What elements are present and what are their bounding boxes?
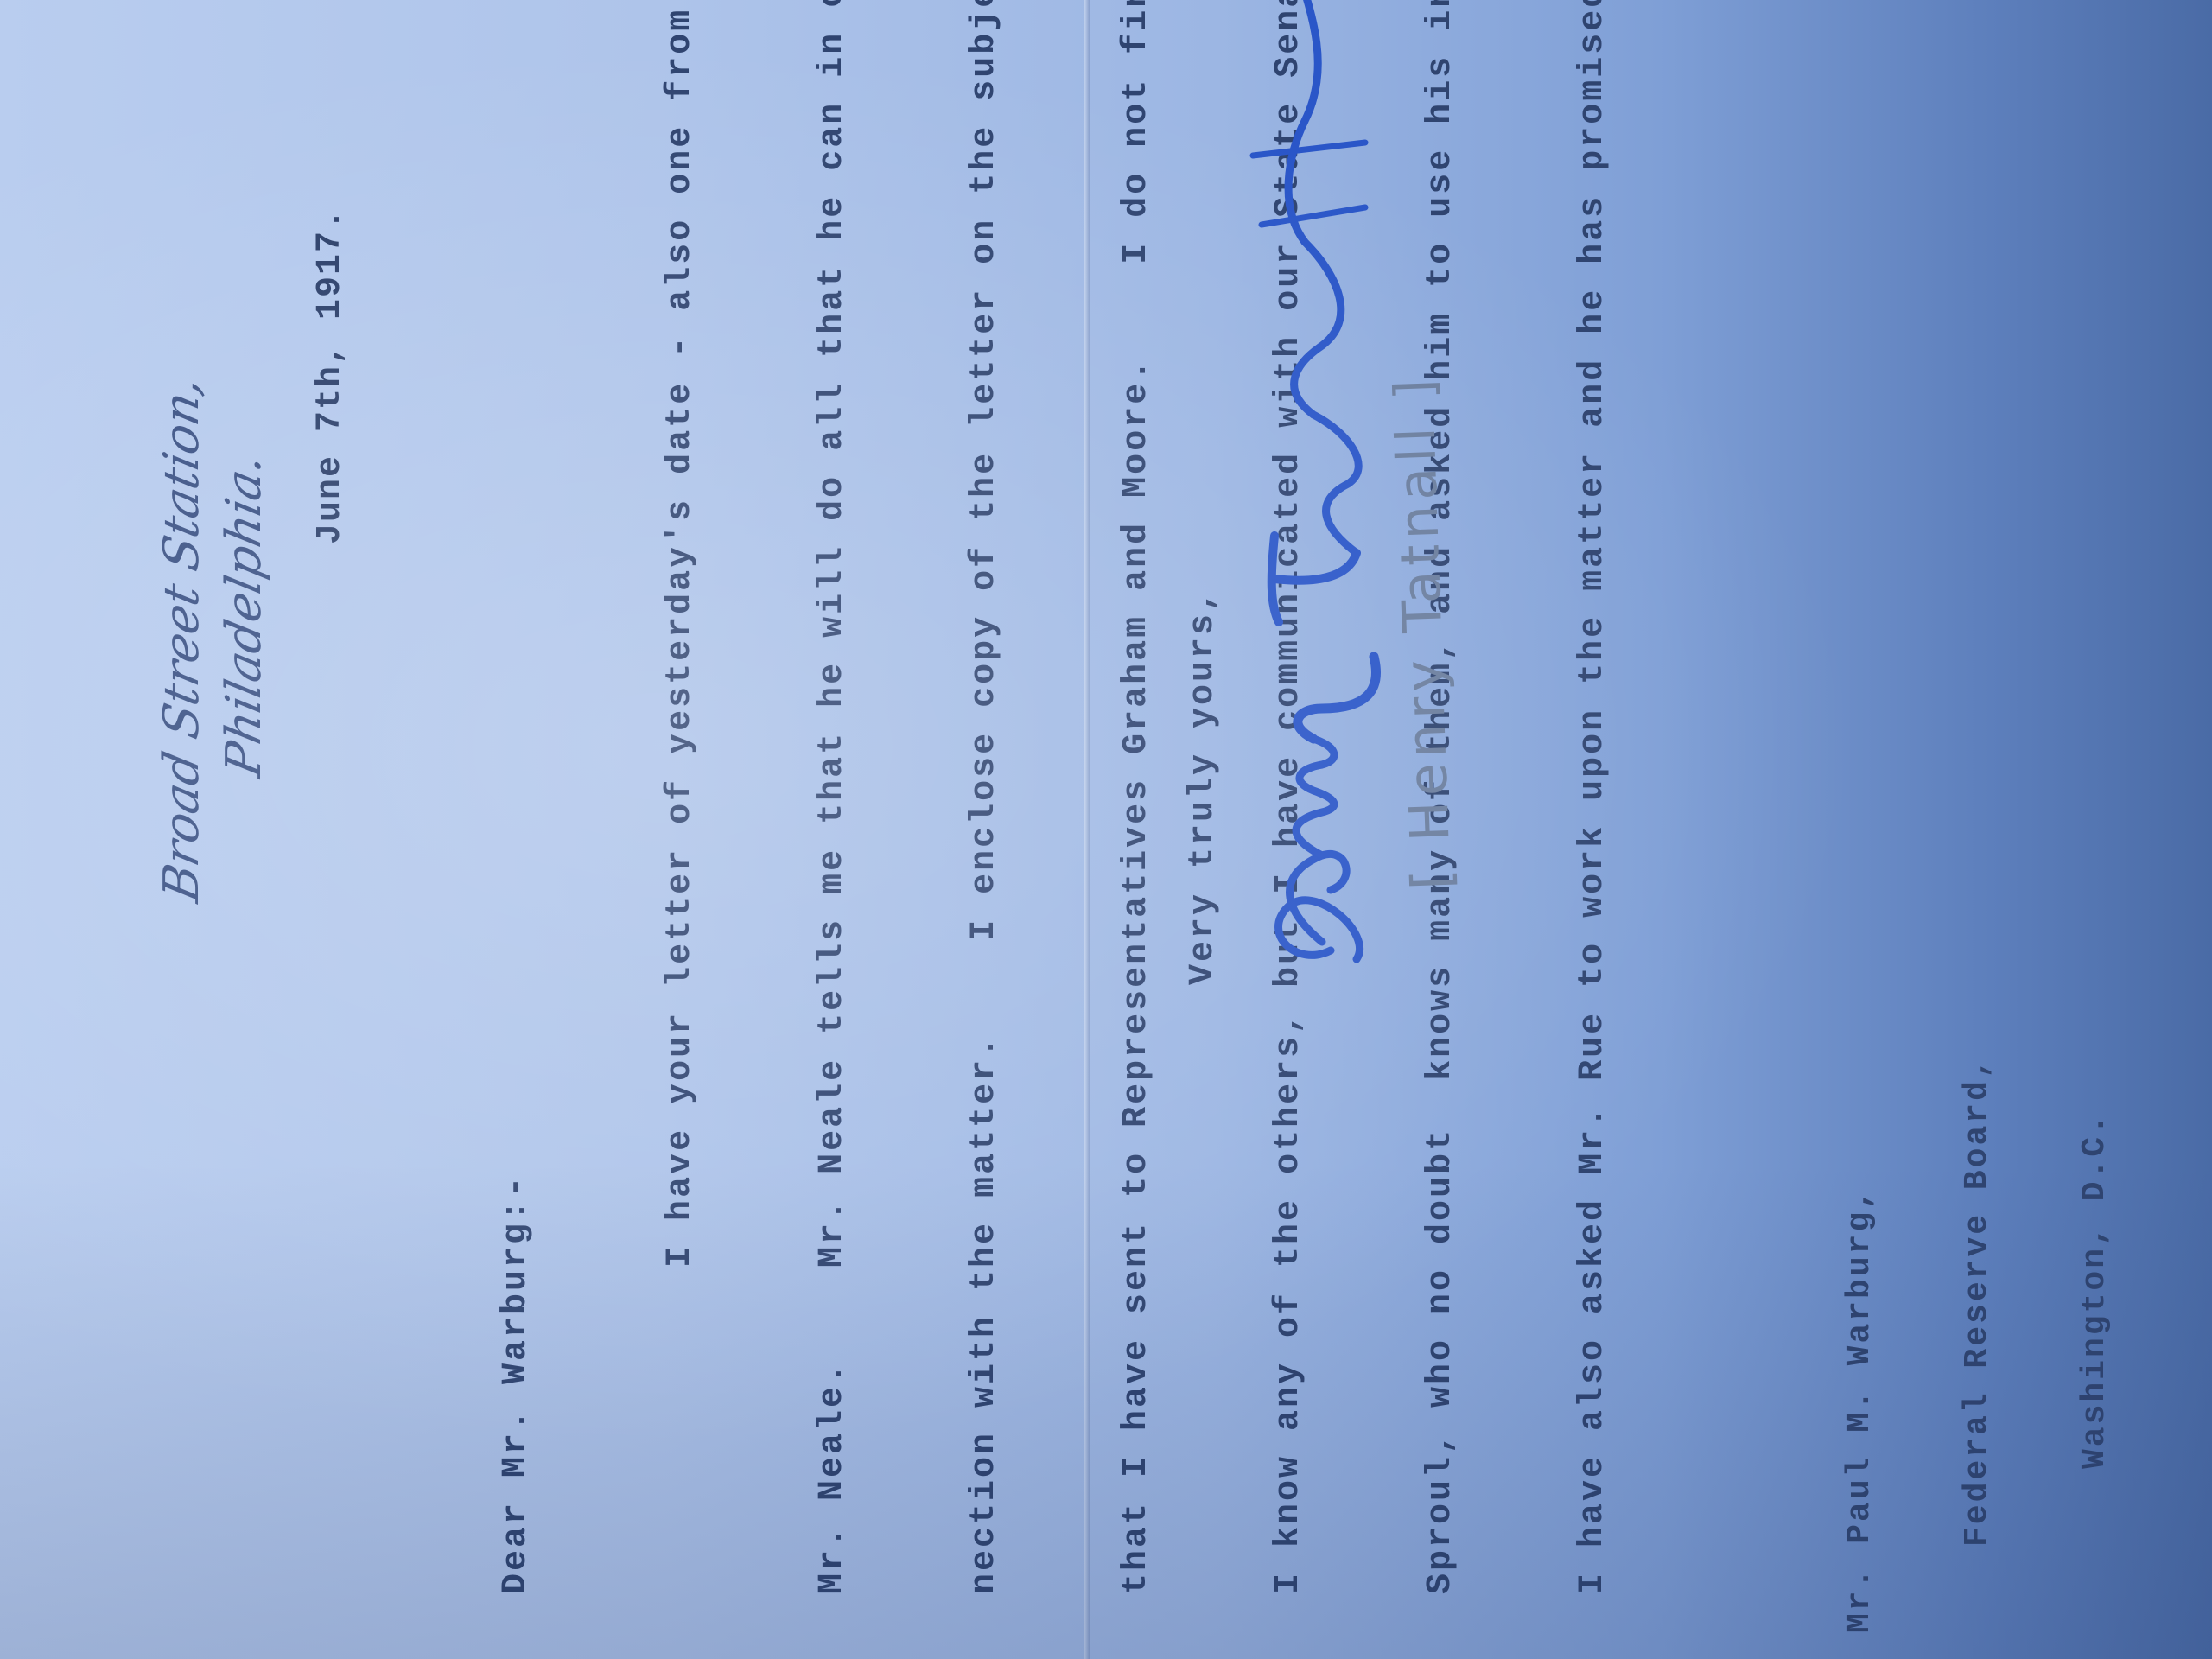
letterhead-line-1: Broad Street Station, xyxy=(151,372,213,907)
body-line: I have your letter of yesterday's date -… xyxy=(644,0,718,1594)
recipient-address: Mr. Paul M. Warburg, Federal Reserve Boa… xyxy=(1763,1056,2193,1633)
letterhead: Broad Street Station, Philadelphia. xyxy=(151,372,276,921)
signature-ink-icon xyxy=(1227,0,1400,985)
body-line: I have also asked Mr. Rue to work upon t… xyxy=(1556,0,1630,1594)
letter-page: Broad Street Station, Philadelphia. June… xyxy=(0,0,2212,1659)
body-line: nection with the matter. I enclose copy … xyxy=(948,0,1022,1594)
letter-date: June 7th, 1917. xyxy=(311,207,350,544)
body-line: that I have sent to Representatives Grah… xyxy=(1100,0,1174,1594)
letterhead-line-2: Philadelphia. xyxy=(213,385,276,920)
recipient-city: Washington, D.C. xyxy=(2075,1056,2115,1633)
salutation: Dear Mr. Warburg:- xyxy=(497,1174,536,1594)
handwritten-signature xyxy=(1227,0,1400,985)
body-line: Mr. Neale. Mr. Neale tells me that he wi… xyxy=(796,0,870,1594)
letter-body: I have your letter of yesterday's date -… xyxy=(566,0,1708,1594)
recipient-name: Mr. Paul M. Warburg, xyxy=(1840,1056,1880,1633)
recipient-organization: Federal Reserve Board, xyxy=(1958,1056,1998,1633)
closing: Very truly yours, xyxy=(1184,588,1223,985)
